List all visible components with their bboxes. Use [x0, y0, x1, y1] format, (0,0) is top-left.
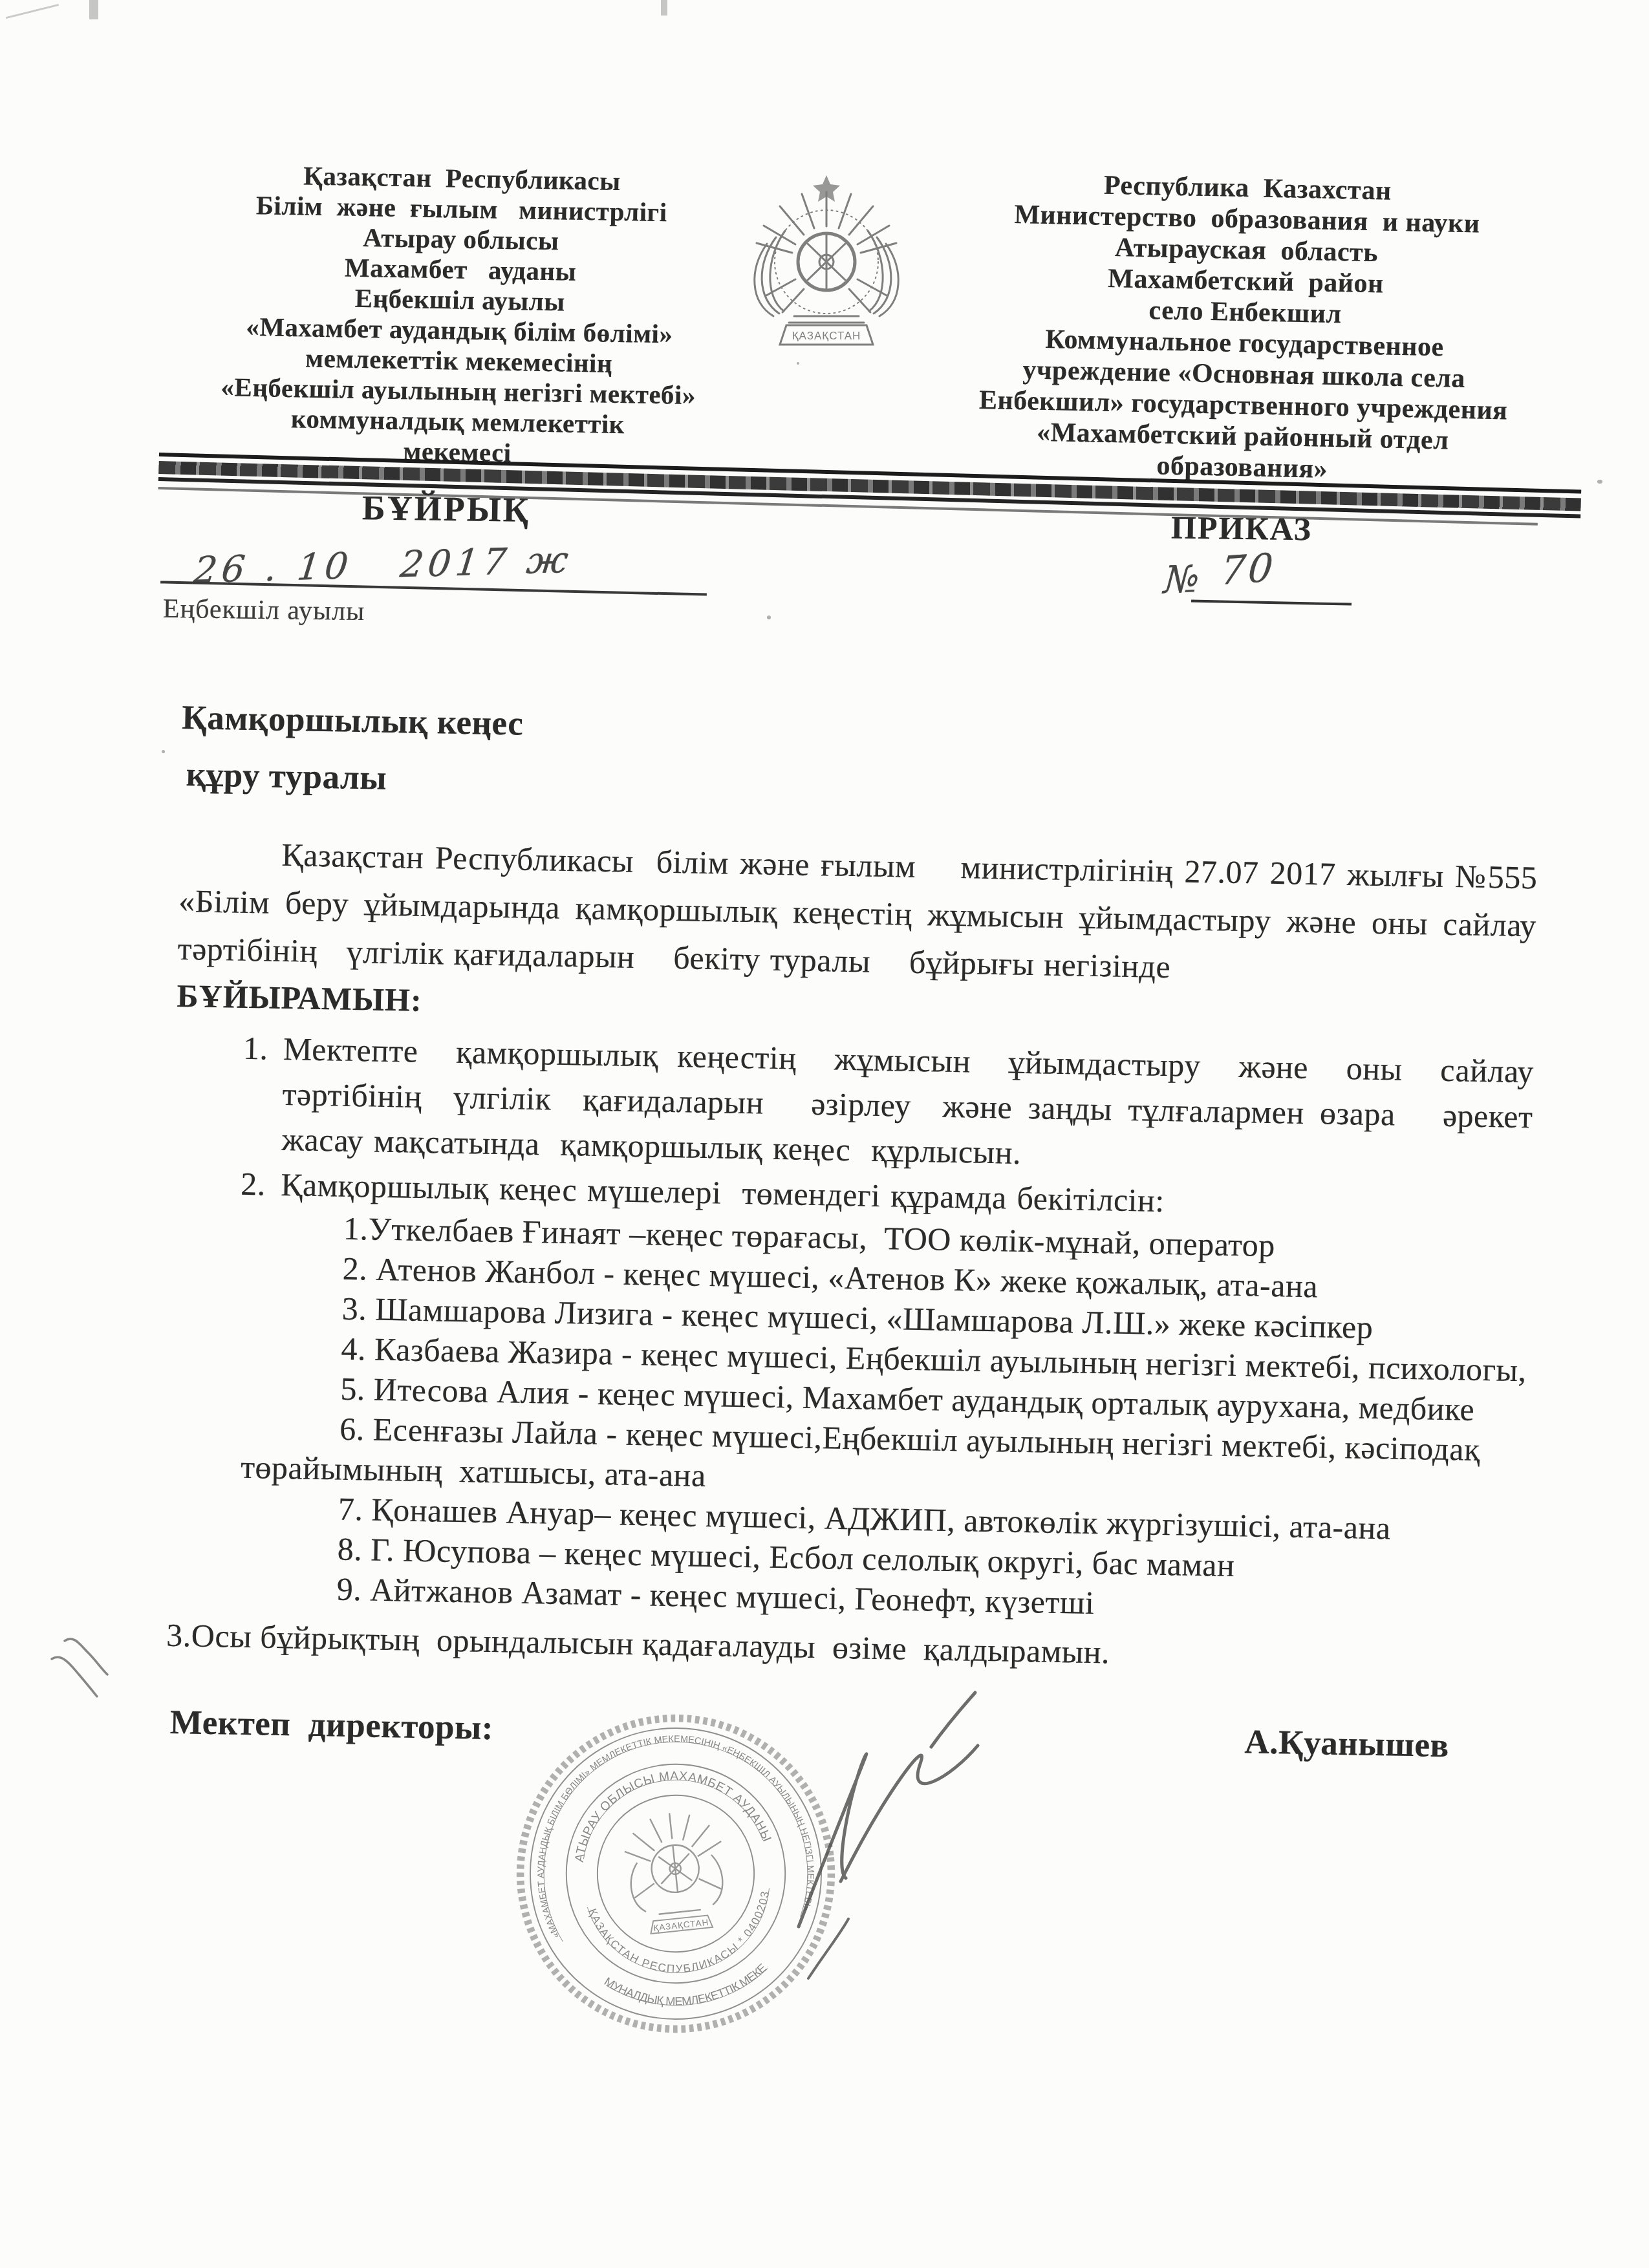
scan-artifact — [162, 750, 165, 753]
scanned-order-document: Қазақстан Республикасы Білім және ғылым … — [0, 0, 1649, 2268]
number-underline — [1191, 599, 1352, 605]
order-title-russian: ПРИКАЗ — [1103, 508, 1381, 549]
margin-pen-marks-icon — [31, 1616, 160, 1726]
signature-name: А.Қуанышев — [1244, 1720, 1449, 1768]
subject-line: Қамқоршылық кеңес — [182, 697, 1540, 763]
item-number: 1. — [241, 1025, 284, 1162]
signature-label: Мектеп директоры: — [169, 1700, 493, 1750]
order-items: 1. Мектепте қамқоршылық кеңестің жұмысын… — [165, 1024, 1535, 1682]
scan-artifact — [1597, 480, 1602, 484]
item-number: 2. — [241, 1161, 281, 1207]
scan-artifact — [661, 0, 667, 16]
order-title-kazakh: БҰЙРЫҚ — [278, 486, 615, 531]
state-emblem-icon: ҚАЗАҚСТАН — [729, 163, 923, 363]
letterhead-russian: Республика Казахстан Министерство образо… — [944, 167, 1545, 489]
subject-line: құру туралы — [186, 754, 1539, 820]
signature-scribble-icon — [737, 1655, 1035, 2017]
member-list: 1.Уткелбаев Ғинаят –кеңес төрағасы, ТОО … — [166, 1205, 1531, 1631]
scan-artifact — [6, 4, 59, 19]
order-place: Еңбекшіл ауылы — [163, 594, 365, 627]
order-body: Қамқоршылық кеңес құру туралы Қазақстан … — [163, 697, 1540, 1769]
order-item: 1. Мектепте қамқоршылық кеңестің жұмысын… — [174, 1024, 1534, 1184]
scan-artifact — [767, 615, 771, 619]
scan-artifact — [89, 0, 98, 19]
letterhead-kazakh: Қазақстан Республикасы Білім және ғылым … — [208, 159, 711, 471]
intro-paragraph: Қазақстан Республикасы білім және ғылым … — [177, 829, 1538, 997]
handwritten-number: 70 — [1219, 545, 1277, 594]
number-sign: № — [1163, 557, 1202, 602]
item-text: Мектепте қамқоршылық кеңестің жұмысын ұй… — [281, 1026, 1535, 1184]
emblem-banner-label: ҚАЗАҚСТАН — [792, 330, 861, 342]
